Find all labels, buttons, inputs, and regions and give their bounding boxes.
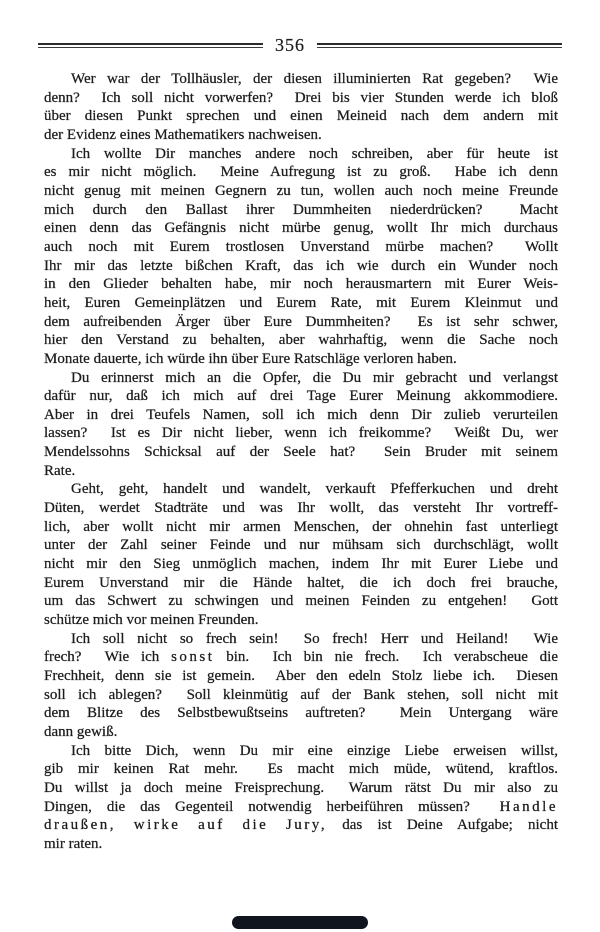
text-line: Ich soll nicht so frech sein! So frech! … [44, 630, 558, 649]
text-line: über diesen Punkt sprechen und einen Mei… [44, 107, 558, 126]
text-line: denn? Ich soll nicht vorwerfen? Drei bis… [44, 89, 558, 108]
text-line: mir raten. [44, 835, 558, 854]
book-page: 356 Wer war der Tollhäusler, der diesen … [0, 0, 600, 932]
text-line: Du willst ja doch meine Freisprechung. W… [44, 779, 558, 798]
text-line: unter der Zahl seiner Feinde und nur müh… [44, 536, 558, 555]
text-line: um das Schwert zu schwingen und meinen F… [44, 592, 558, 611]
text-line: dem aufreibenden Ärger über Eure Dummhei… [44, 313, 558, 332]
text-line: mich durch den Ballast ihrer Dummheiten … [44, 201, 558, 220]
text-line: nicht mir den Sieg unmöglich machen, ind… [44, 555, 558, 574]
home-indicator[interactable] [232, 916, 368, 929]
text-line: in den Glieder behalten habe, mir noch h… [44, 275, 558, 294]
text-line: draußen, wirke auf die Jury, das ist Dei… [44, 816, 558, 835]
text-line: lassen? Ist es Dir nicht lieber, wenn ic… [44, 424, 558, 443]
text-line: dafür nur, daß ich mich auf drei Tage Eu… [44, 387, 558, 406]
text-line: Wer war der Tollhäusler, der diesen illu… [44, 70, 558, 89]
text-line: Ich wollte Dir manches andere noch schre… [44, 145, 558, 164]
text-line: gib mir keinen Rat mehr. Es macht mich m… [44, 760, 558, 779]
letterspaced-emphasis: draußen, wirke auf die Jury, [44, 817, 327, 833]
page-header: 356 [38, 34, 562, 56]
text-line: dem Blitze des Selbstbewußtseins auftret… [44, 704, 558, 723]
text-block: Wer war der Tollhäusler, der diesen illu… [44, 70, 558, 854]
text-line: Düten, werdet Stadträte und was Ihr woll… [44, 499, 558, 518]
letterspaced-emphasis: sonst [171, 649, 214, 665]
text-line: es mir nicht möglich. Meine Aufregung is… [44, 163, 558, 182]
text-line: der Evidenz eines Mathematikers nachweis… [44, 126, 558, 145]
text-line: Mendelssohns Schicksal auf der Seele hat… [44, 443, 558, 462]
text-line: Eurem Unverstand mir die Hände haltet, d… [44, 574, 558, 593]
text-line: Dingen, die das Gegenteil notwendig herb… [44, 798, 558, 817]
text-line: soll ich ablegen? Soll kleinmütig auf de… [44, 686, 558, 705]
text-line: frech? Wie ich sonst bin. Ich bin nie fr… [44, 648, 558, 667]
text-line: schütze mich vor meinen Freunden. [44, 611, 558, 630]
text-line: einen denn das Gefängnis nicht mürbe gen… [44, 219, 558, 238]
text-line: dann gewiß. [44, 723, 558, 742]
text-line: nicht genug mit meinen Gegnern zu tun, w… [44, 182, 558, 201]
text-line: Frechheit, denn sie ist gemein. Aber den… [44, 667, 558, 686]
text-line: lich, aber wollt nicht mir armen Mensche… [44, 518, 558, 537]
text-line: Ihr mir das letzte bißchen Kraft, das ic… [44, 257, 558, 276]
text-line: Aber in drei Teufels Namen, soll ich mic… [44, 406, 558, 425]
text-line: Du erinnerst mich an die Opfer, die Du m… [44, 369, 558, 388]
text-line: Rate. [44, 462, 558, 481]
text-line: Geht, geht, handelt und wandelt, verkauf… [44, 480, 558, 499]
letterspaced-emphasis: Handle [500, 799, 558, 815]
text-line: hier den Verstand zu behalten, aber wahr… [44, 331, 558, 350]
page-number: 356 [275, 35, 305, 55]
text-line: heit, Euren Gemeinplätzen und Eurem Rate… [44, 294, 558, 313]
text-line: Monate dauerte, ich würde ihn über Eure … [44, 350, 558, 369]
text-line: auch noch mit Eurem trostlosen Unverstan… [44, 238, 558, 257]
header-rule-left [38, 43, 263, 48]
header-rule-right [317, 43, 562, 48]
text-line: Ich bitte Dich, wenn Du mir eine einzige… [44, 742, 558, 761]
